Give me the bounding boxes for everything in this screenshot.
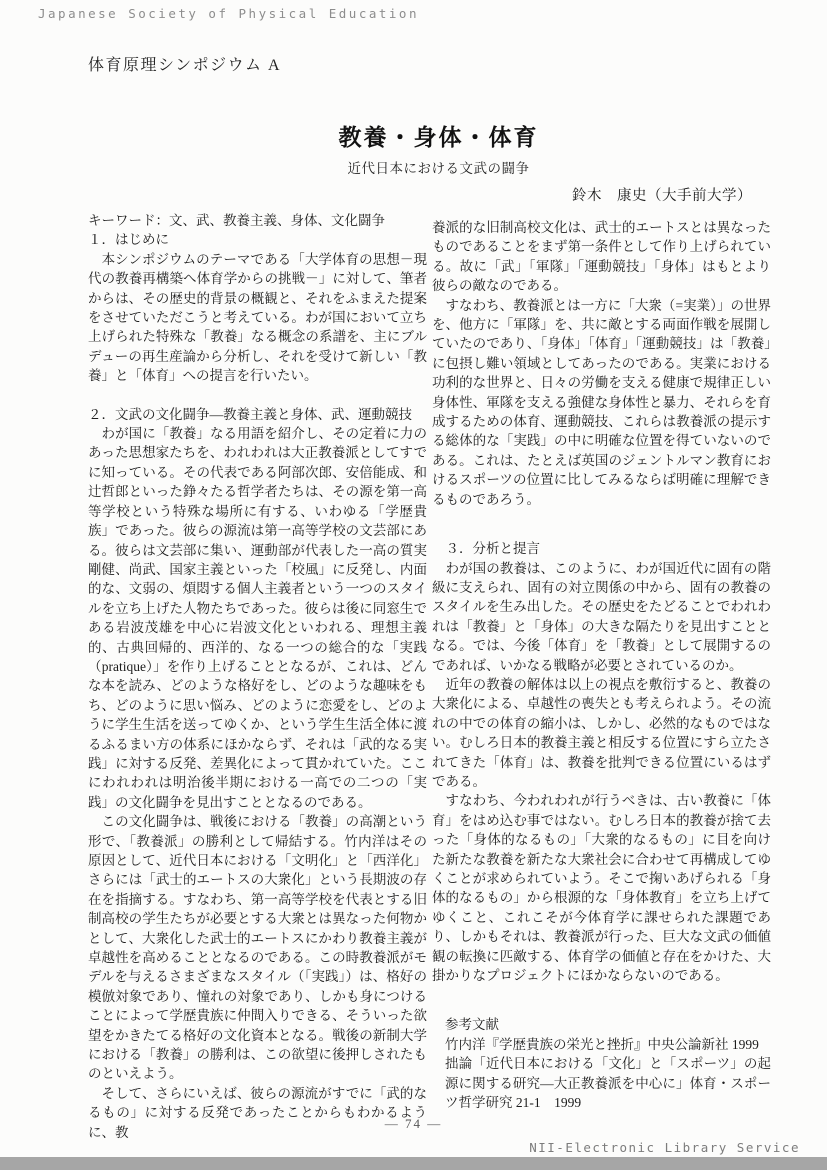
section3-paragraph-3: すなわち、今われわれが行うべきは、古い教養に「体育」をはめ込む事ではない。むしろ… <box>432 791 771 985</box>
section2-continuation-paragraph: 養派的な旧制高校文化は、武士的エートスとは異なったものであることをまず第一条件と… <box>432 218 771 296</box>
section3-paragraph-1: わが国の教養は、このように、わが国近代に固有の階級に支えられ、固有の対立関係の中… <box>432 559 771 675</box>
keywords-line: キーワード：文、武、教養主義、身体、文化闘争 <box>88 211 427 230</box>
section-gap <box>88 386 427 405</box>
left-column: キーワード：文、武、教養主義、身体、文化闘争 １．はじめに 本シンポジウムのテー… <box>88 211 427 1142</box>
title-block: 教養・身体・体育 近代日本における文武の闘争 <box>110 119 767 177</box>
section2-continuation-paragraph-2: すなわち、教養派とは一方に「大衆（=実業）」の世界を、他方に「軍隊」を、共に敵と… <box>432 296 771 509</box>
section-gap <box>432 985 771 1015</box>
reference-item: 竹内洋『学歴貴族の栄光と挫折』中央公論新社 1999 <box>445 1035 771 1054</box>
section-gap <box>432 509 771 539</box>
page-number: — 74 — <box>0 1116 827 1132</box>
section2-paragraph-1: わが国に「教養」なる用語を紹介し、その定着に力のあった思想家たちを、われわれは大… <box>88 424 427 812</box>
section2-paragraph-2: この文化闘争は、戦後における「教養」の高潮という形で、「教養派」の勝利として帰結… <box>88 812 427 1084</box>
paper-subtitle: 近代日本における文武の闘争 <box>110 157 767 177</box>
paper-title: 教養・身体・体育 <box>110 119 767 152</box>
library-watermark-top: Japanese Society of Physical Education <box>38 6 419 21</box>
section3-heading: ３．分析と提言 <box>432 539 771 558</box>
references-block: 参考文献 竹内洋『学歴貴族の栄光と挫折』中央公論新社 1999 拙論「近代日本に… <box>432 1015 771 1112</box>
section2-heading: ２．文武の文化闘争―教養主義と身体、武、運動競技 <box>88 405 427 424</box>
references-heading: 参考文献 <box>445 1015 771 1034</box>
scanned-paper-page: Japanese Society of Physical Education 体… <box>0 0 827 1170</box>
right-column: 養派的な旧制高校文化は、武士的エートスとは異なったものであることをまず第一条件と… <box>432 218 771 1112</box>
section3-paragraph-2: 近年の教養の解体は以上の視点を敷衍すると、教養の大衆化による、卓越性の喪失とも考… <box>432 675 771 791</box>
symposium-session-label: 体育原理シンポジウム A <box>88 52 281 75</box>
section2-paragraph-3: そして、さらにいえば、彼らの源流がすでに「武的なるもの」に対する反発であったこと… <box>88 1084 427 1142</box>
author-affiliation: 鈴木 康史（大手前大学） <box>432 184 752 205</box>
scan-edge-bar <box>0 1157 827 1170</box>
section1-paragraph: 本シンポジウムのテーマである「大学体育の思想－現代の教養再構築へ体育学からの挑戦… <box>88 250 427 386</box>
section1-heading: １．はじめに <box>88 230 427 249</box>
library-watermark-bottom: NII-Electronic Library Service <box>529 1140 800 1155</box>
reference-item: 拙論「近代日本における「文化」と「スポーツ」の起源に関する研究―大正教養派を中心… <box>445 1054 771 1112</box>
